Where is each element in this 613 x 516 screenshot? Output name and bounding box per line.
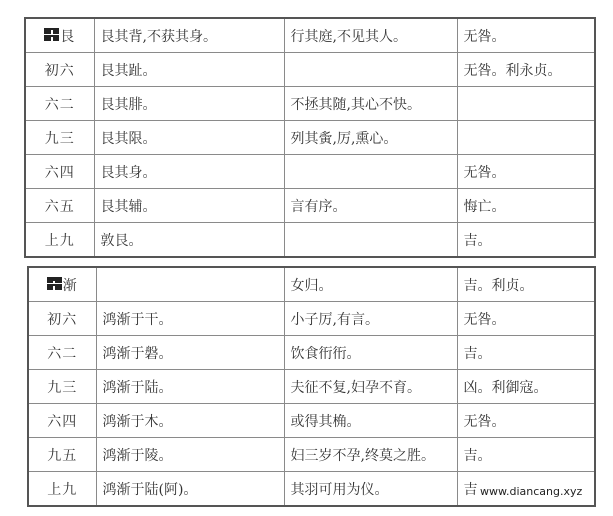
yao-judgment: 吉。: [457, 438, 595, 472]
yao-label: 六五: [25, 189, 94, 223]
table-row: 六四 艮其身。 无咎。: [25, 155, 595, 189]
yao-text: 艮其辅。: [94, 189, 284, 223]
yao-judgment: [457, 121, 595, 155]
jian-hexagram-icon: [47, 277, 62, 291]
gua-name: 艮: [60, 29, 75, 45]
yao-label: 初六: [28, 302, 96, 336]
yao-comment: [284, 223, 457, 258]
gua-title-cell: 渐: [28, 267, 96, 302]
table-row: 六五 艮其辅。 言有序。 悔亡。: [25, 189, 595, 223]
yao-judgment: 无咎。: [457, 155, 595, 189]
table-row: 六二 鸿渐于磐。 饮食衎衎。 吉。: [28, 336, 595, 370]
gua-text: 艮其背,不获其身。: [94, 18, 284, 53]
yao-comment: [284, 155, 457, 189]
gua-comment: 行其庭,不见其人。: [284, 18, 457, 53]
yao-comment: 小子厉,有言。: [284, 302, 457, 336]
table-row: 九五 鸿渐于陵。 妇三岁不孕,终莫之胜。 吉。: [28, 438, 595, 472]
yao-text: 艮其限。: [94, 121, 284, 155]
table-row: 上九 敦艮。 吉。: [25, 223, 595, 258]
yao-comment: 不拯其随,其心不快。: [284, 87, 457, 121]
gua-judgment: 吉。利贞。: [457, 267, 595, 302]
yao-label: 九三: [25, 121, 94, 155]
yao-text: 艮其趾。: [94, 53, 284, 87]
yao-comment: 其羽可用为仪。: [284, 472, 457, 507]
yao-text: 鸿渐于干。: [96, 302, 284, 336]
yao-text: 艮其腓。: [94, 87, 284, 121]
yao-comment: 妇三岁不孕,终莫之胜。: [284, 438, 457, 472]
yao-judgment: 吉。: [457, 336, 595, 370]
gua-judgment: 无咎。: [457, 18, 595, 53]
gen-hexagram-icon: [44, 28, 59, 42]
table-row: 六二 艮其腓。 不拯其随,其心不快。: [25, 87, 595, 121]
yao-label: 九五: [28, 438, 96, 472]
table-row: 九三 鸿渐于陆。 夫征不复,妇孕不育。 凶。利御寇。: [28, 370, 595, 404]
yao-judgment: 吉。: [457, 223, 595, 258]
yao-judgment: 无咎。利永贞。: [457, 53, 595, 87]
table-row: 初六 艮其趾。 无咎。利永贞。: [25, 53, 595, 87]
gen-hexagram-table: 艮 艮其背,不获其身。 行其庭,不见其人。 无咎。 初六 艮其趾。 无咎。利永贞…: [24, 17, 596, 258]
table-header-row: 渐 女归。 吉。利贞。: [28, 267, 595, 302]
yao-comment: [284, 53, 457, 87]
yao-judgment: 无咎。: [457, 302, 595, 336]
yao-text: 鸿渐于木。: [96, 404, 284, 438]
yao-label: 六二: [28, 336, 96, 370]
gua-text: [96, 267, 284, 302]
watermark: www.diancang.xyz: [480, 485, 582, 498]
yao-text: 鸿渐于陆(阿)。: [96, 472, 284, 507]
yao-label: 六四: [28, 404, 96, 438]
yao-text: 敦艮。: [94, 223, 284, 258]
yao-judgment: [457, 87, 595, 121]
table-row: 六四 鸿渐于木。 或得其桷。 无咎。: [28, 404, 595, 438]
table-row: 九三 艮其限。 列其夤,厉,熏心。: [25, 121, 595, 155]
yao-text: 艮其身。: [94, 155, 284, 189]
yao-comment: 言有序。: [284, 189, 457, 223]
yao-label: 九三: [28, 370, 96, 404]
yao-judgment: 凶。利御寇。: [457, 370, 595, 404]
yao-label: 六四: [25, 155, 94, 189]
yao-label: 上九: [25, 223, 94, 258]
table-row: 初六 鸿渐于干。 小子厉,有言。 无咎。: [28, 302, 595, 336]
yao-comment: 或得其桷。: [284, 404, 457, 438]
yao-comment: 饮食衎衎。: [284, 336, 457, 370]
yao-text: 鸿渐于陵。: [96, 438, 284, 472]
jian-hexagram-table: 渐 女归。 吉。利贞。 初六 鸿渐于干。 小子厉,有言。 无咎。 六二 鸿渐于磐…: [27, 266, 596, 507]
gua-comment: 女归。: [284, 267, 457, 302]
yao-label: 初六: [25, 53, 94, 87]
yao-text: 鸿渐于陆。: [96, 370, 284, 404]
yao-label: 六二: [25, 87, 94, 121]
table-header-row: 艮 艮其背,不获其身。 行其庭,不见其人。 无咎。: [25, 18, 595, 53]
yao-comment: 列其夤,厉,熏心。: [284, 121, 457, 155]
yao-judgment: 悔亡。: [457, 189, 595, 223]
yao-comment: 夫征不复,妇孕不育。: [284, 370, 457, 404]
yao-label: 上九: [28, 472, 96, 507]
gua-name: 渐: [63, 278, 78, 294]
yao-text: 鸿渐于磐。: [96, 336, 284, 370]
yao-judgment: 无咎。: [457, 404, 595, 438]
gua-title-cell: 艮: [25, 18, 94, 53]
